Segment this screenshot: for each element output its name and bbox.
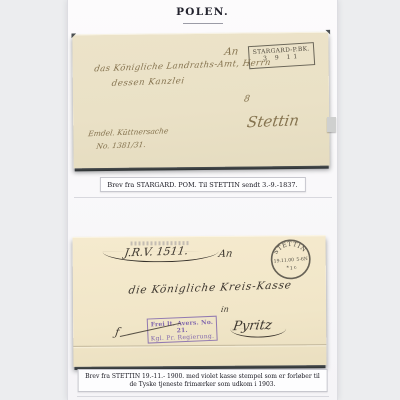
postmark-date: 19.11.00 [273, 257, 294, 265]
svg-text:STETTIN: STETTIN [272, 240, 308, 257]
cover-1837-stargard: STARGARD-P.BK. 3 9 11 An das Königliche … [72, 32, 329, 169]
postmark-date-time: 19.11.00 5-6N [273, 256, 308, 265]
caption-text: Brev fra STARGARD. POM. Til STETTIN send… [107, 181, 297, 189]
mount-tab [327, 117, 336, 132]
title-underline [183, 23, 223, 24]
album-page: POLEN. STARGARD-P.BK. 3 9 11 An das Köni… [67, 0, 338, 400]
circular-postmark-stettin: STETTIN 19.11.00 5-6N * 1 c [268, 237, 313, 282]
handwritten-salutation: An [224, 46, 239, 58]
handwritten-address-line1: die Königliche Kreis-Kasse [128, 279, 293, 296]
underline-flourish [103, 251, 219, 263]
caption-1900: Brev fra STETTIN 19.-11.- 1900. med viol… [77, 369, 328, 392]
cover-1900-stettin: J.R.V. 1511. An STETTIN 19.11.00 5-6N * … [73, 235, 327, 367]
album-photo: POLEN. STARGARD-P.BK. 3 9 11 An das Köni… [0, 0, 400, 400]
caption-text-line2: de Tyske tjeneste frimærker som udkom i … [85, 381, 320, 389]
handwritten-in: in [220, 305, 229, 314]
postmark-time: 5-6N [296, 256, 308, 263]
divider-line [77, 396, 329, 397]
mount-corner-icon [71, 33, 76, 38]
handwritten-mark: 8 [243, 94, 250, 104]
cachet-line2: Kgl. Pr. Regierung. [148, 333, 216, 343]
handwritten-destination: Stettin [246, 111, 300, 131]
underline-flourish [230, 328, 286, 337]
handwritten-docket-line2: No. 1381/31. [96, 140, 147, 151]
page-title: POLEN. [68, 6, 337, 18]
handwritten-salutation: An [218, 249, 233, 260]
handwritten-address-line1: das Königliche Landraths-Amt, Herrn [94, 58, 272, 74]
handwritten-address-line2: dessen Kanzlei [111, 76, 185, 89]
fold-crease [73, 344, 326, 347]
handwritten-docket-line1: Emdel. Küttnersache [88, 126, 170, 138]
postmark-town: STETTIN [272, 240, 308, 257]
svg-text:* 1 c: * 1 c [285, 264, 298, 272]
postmark-bottom: * 1 c [285, 264, 298, 272]
caption-text-line1: Brev fra STETTIN 19.-11.- 1900. med viol… [85, 373, 320, 381]
caption-1837: Brev fra STARGARD. POM. Til STETTIN send… [99, 177, 305, 192]
mount-corner-icon [325, 30, 330, 35]
divider-line [74, 197, 332, 198]
violet-avers-cachet: Frei lt. Avers. No. 21. Kgl. Pr. Regieru… [147, 316, 218, 344]
